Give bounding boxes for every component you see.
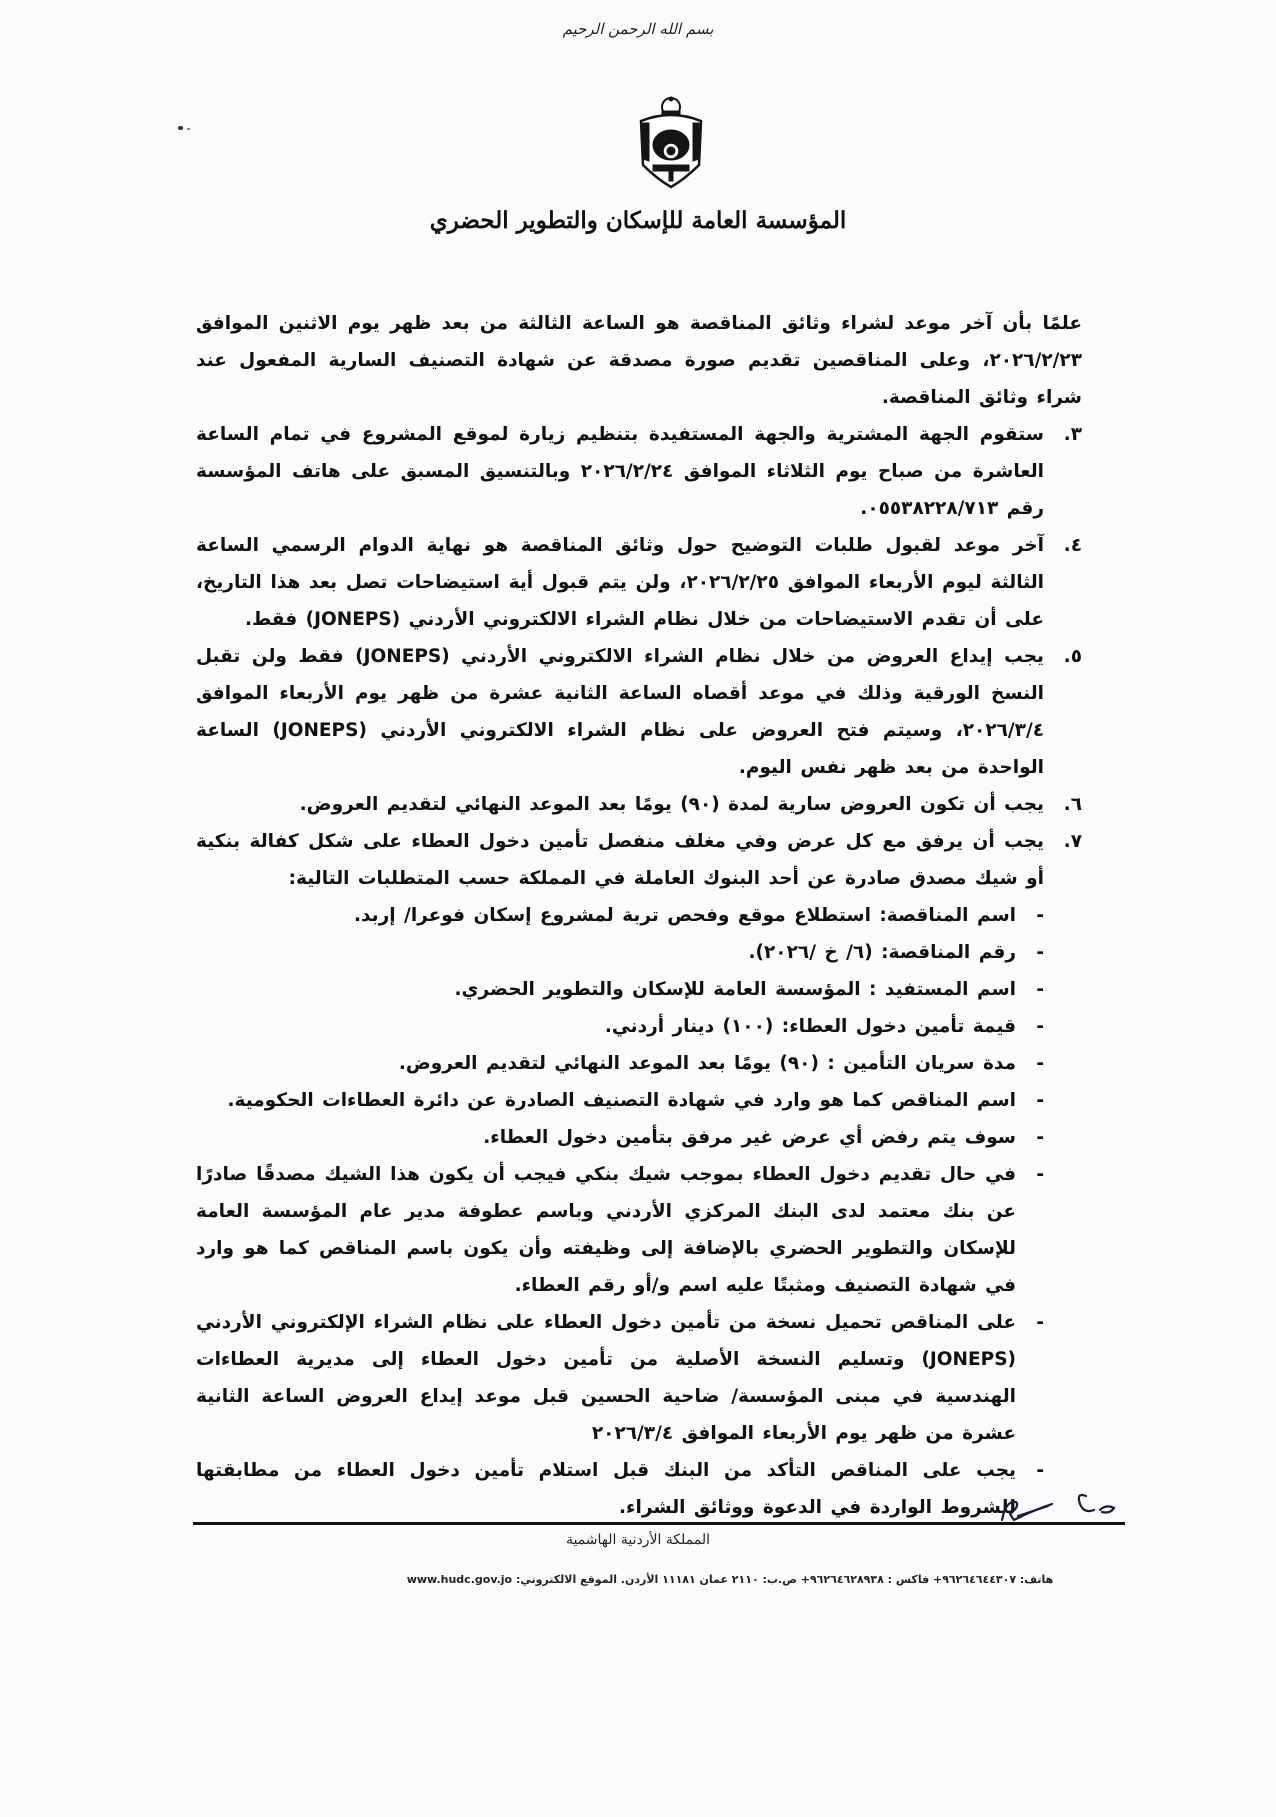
item-number: ٧. bbox=[1044, 823, 1082, 897]
requirement-value: (١٠٠) دينار أردني. bbox=[605, 1016, 773, 1037]
organization-name: المؤسسة العامة للإسكان والتطوير الحضري bbox=[0, 207, 1276, 234]
item-number: ٦. bbox=[1044, 786, 1082, 823]
document-page: بسم الله الرحمن الرحيم المؤسسة العامة لل… bbox=[0, 0, 1276, 1817]
item-text: يجب إيداع العروض من خلال نظام الشراء الا… bbox=[196, 638, 1044, 786]
numbered-item: ٣. ستقوم الجهة المشترية والجهة المستفيدة… bbox=[196, 416, 1082, 527]
requirement-label: مدة سريان التأمين : bbox=[819, 1053, 1016, 1074]
item-text: يجب أن يرفق مع كل عرض وفي مغلف منفصل تأم… bbox=[196, 823, 1044, 897]
bullet-dash: - bbox=[1016, 1008, 1044, 1045]
numbered-item: ٧. يجب أن يرفق مع كل عرض وفي مغلف منفصل … bbox=[196, 823, 1082, 897]
footer-kingdom: المملكة الأردنية الهاشمية bbox=[0, 1532, 1276, 1548]
requirement-value: المؤسسة العامة للإسكان والتطوير الحضري. bbox=[455, 979, 861, 1000]
requirement-label: اسم المستفيد : bbox=[861, 979, 1016, 1000]
item-text: يجب أن تكون العروض سارية لمدة (٩٠) يومًا… bbox=[196, 786, 1044, 823]
coat-of-arms-icon bbox=[635, 95, 707, 190]
requirement-item: - في حال تقديم دخول العطاء بموجب شيك بنك… bbox=[196, 1156, 1044, 1304]
requirement-value: (٦/ خ /٢٠٢٦). bbox=[749, 942, 873, 963]
requirement-value: (٩٠) يومًا بعد الموعد النهائي لتقديم الع… bbox=[399, 1053, 819, 1074]
footer-divider bbox=[193, 1522, 1125, 1525]
requirement-item: - اسم المناقص كما هو وارد في شهادة التصن… bbox=[196, 1082, 1044, 1119]
intro-paragraph: علمًا بأن آخر موعد لشراء وثائق المناقصة … bbox=[196, 305, 1082, 416]
bullet-dash: - bbox=[1016, 897, 1044, 934]
bullet-dash: - bbox=[1016, 971, 1044, 1008]
item-text: ستقوم الجهة المشترية والجهة المستفيدة بت… bbox=[196, 416, 1044, 527]
scan-speck bbox=[178, 126, 183, 130]
requirement-label: قيمة تأمين دخول العطاء: bbox=[773, 1016, 1016, 1037]
numbered-item: ٦. يجب أن تكون العروض سارية لمدة (٩٠) يو… bbox=[196, 786, 1082, 823]
document-body: علمًا بأن آخر موعد لشراء وثائق المناقصة … bbox=[196, 305, 1082, 1526]
signature-icon bbox=[990, 1470, 1130, 1530]
numbered-item: ٤. آخر موعد لقبول طلبات التوضيح حول وثائ… bbox=[196, 527, 1082, 638]
bullet-dash: - bbox=[1016, 934, 1044, 971]
item-number: ٤. bbox=[1044, 527, 1082, 638]
requirement-value: اسم المناقص كما هو وارد في شهادة التصنيف… bbox=[196, 1082, 1016, 1119]
requirement-item: - سوف يتم رفض أي عرض غير مرفق بتأمين دخو… bbox=[196, 1119, 1044, 1156]
bullet-dash: - bbox=[1016, 1304, 1044, 1452]
requirement-label: رقم المناقصة: bbox=[873, 942, 1016, 963]
requirement-value: يجب على المناقص التأكد من البنك قبل استل… bbox=[196, 1452, 1016, 1526]
requirement-item: - اسم المستفيد : المؤسسة العامة للإسكان … bbox=[196, 971, 1044, 1008]
bullet-dash: - bbox=[1016, 1082, 1044, 1119]
bullet-dash: - bbox=[1016, 1156, 1044, 1304]
requirement-item: - على المناقص تحميل نسخة من تأمين دخول ا… bbox=[196, 1304, 1044, 1452]
item-number: ٥. bbox=[1044, 638, 1082, 786]
basmala-heading: بسم الله الرحمن الرحيم bbox=[0, 20, 1276, 38]
numbered-item: ٥. يجب إيداع العروض من خلال نظام الشراء … bbox=[196, 638, 1082, 786]
bullet-dash: - bbox=[1016, 1045, 1044, 1082]
requirement-value: استطلاع موقع وفحص تربة لمشروع إسكان فوعر… bbox=[354, 905, 871, 926]
footer-contact: هاتف: ٩٦٢٦٤٦٤٤٣٠٧+ فاكس : ٩٦٢٦٤٦٢٨٩٣٨+ ص… bbox=[355, 1573, 1105, 1586]
requirement-value: سوف يتم رفض أي عرض غير مرفق بتأمين دخول … bbox=[196, 1119, 1016, 1156]
requirement-value: في حال تقديم دخول العطاء بموجب شيك بنكي … bbox=[196, 1156, 1016, 1304]
requirement-item: - اسم المناقصة: استطلاع موقع وفحص تربة ل… bbox=[196, 897, 1044, 934]
requirement-value: على المناقص تحميل نسخة من تأمين دخول الع… bbox=[196, 1304, 1016, 1452]
requirement-item: - رقم المناقصة: (٦/ خ /٢٠٢٦). bbox=[196, 934, 1044, 971]
requirement-item: - مدة سريان التأمين : (٩٠) يومًا بعد الم… bbox=[196, 1045, 1044, 1082]
item-number: ٣. bbox=[1044, 416, 1082, 527]
requirement-label: اسم المناقصة: bbox=[871, 905, 1016, 926]
item-text: آخر موعد لقبول طلبات التوضيح حول وثائق ا… bbox=[196, 527, 1044, 638]
scan-speck bbox=[187, 128, 190, 130]
bullet-dash: - bbox=[1016, 1119, 1044, 1156]
requirement-item: - يجب على المناقص التأكد من البنك قبل اس… bbox=[196, 1452, 1044, 1526]
requirement-item: - قيمة تأمين دخول العطاء: (١٠٠) دينار أر… bbox=[196, 1008, 1044, 1045]
